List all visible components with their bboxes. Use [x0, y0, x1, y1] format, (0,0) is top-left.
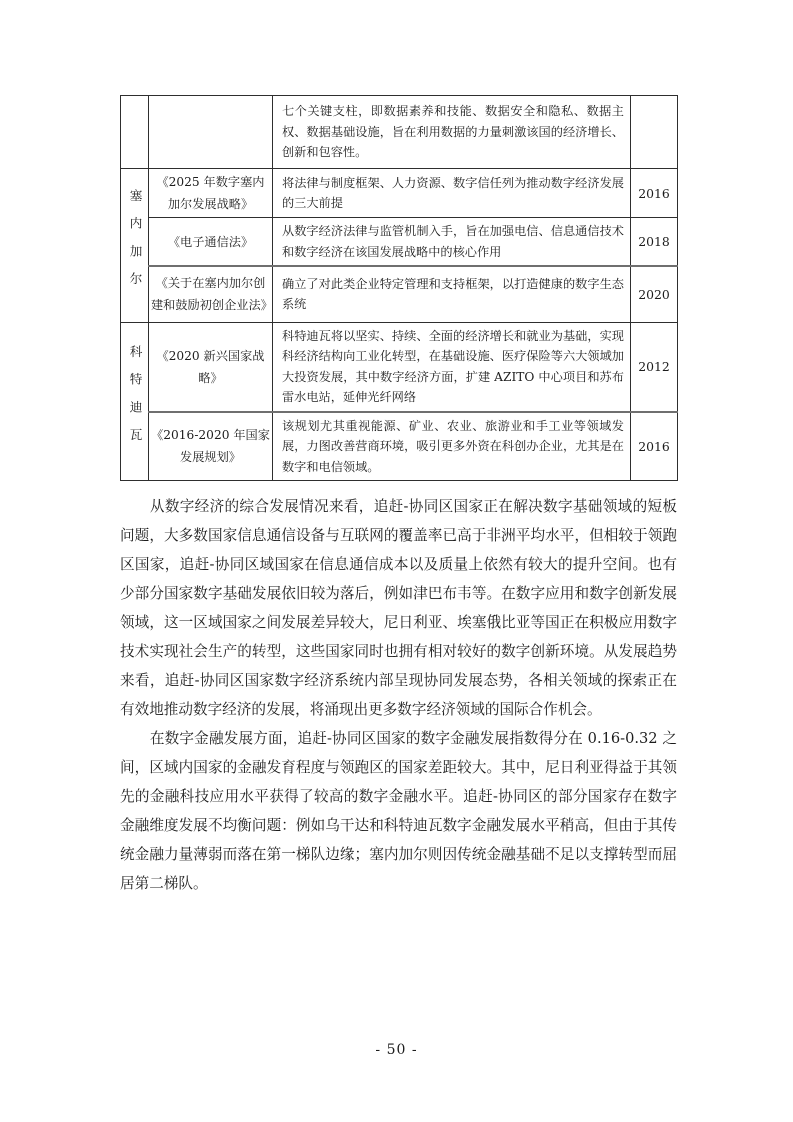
- country-cell-senegal: 塞内加尔: [121, 169, 149, 323]
- description-cell: 从数字经济法律与监管机制入手，旨在加强电信、信息通信技术和数字经济在该国发展战略…: [273, 218, 631, 267]
- country-cell-cote-divoire: 科特迪瓦: [121, 322, 149, 481]
- table-row: 《关于在塞内加尔创建和鼓励初创企业法》 确立了对此类企业特定管理和支持框架，以打…: [121, 266, 678, 322]
- policy-cell-empty: [149, 96, 273, 169]
- description-cell: 科特迪瓦将以坚实、持续、全面的经济增长和就业为基础，实现科经济结构向工业化转型，…: [273, 322, 631, 412]
- policy-table: 七个关键支柱，即数据素养和技能、数据安全和隐私、数据主权、数据基础设施，旨在利用…: [120, 95, 678, 481]
- table-row: 科特迪瓦 《2020 新兴国家战略》 科特迪瓦将以坚实、持续、全面的经济增长和就…: [121, 322, 678, 412]
- year-cell: 2018: [631, 218, 678, 267]
- paragraph-digital-economy-overview: 从数字经济的综合发展情况来看，追赶-协同区国家正在解决数字基础领域的短板问题，大…: [120, 492, 677, 724]
- table-row: 《电子通信法》 从数字经济法律与监管机制入手，旨在加强电信、信息通信技术和数字经…: [121, 218, 678, 267]
- page-number: - 50 -: [0, 1042, 793, 1058]
- document-page: 七个关键支柱，即数据素养和技能、数据安全和隐私、数据主权、数据基础设施，旨在利用…: [0, 0, 793, 1122]
- table-row: 七个关键支柱，即数据素养和技能、数据安全和隐私、数据主权、数据基础设施，旨在利用…: [121, 96, 678, 169]
- table-row: 《2016-2020 年国家发展规划》 该规划尤其重视能源、矿业、农业、旅游业和…: [121, 412, 678, 481]
- country-cell-empty: [121, 96, 149, 169]
- description-cell: 确立了对此类企业特定管理和支持框架，以打造健康的数字生态系统: [273, 266, 631, 322]
- policy-cell: 《2025 年数字塞内加尔发展战略》: [149, 169, 273, 218]
- year-cell: 2012: [631, 322, 678, 412]
- body-text: 从数字经济的综合发展情况来看，追赶-协同区国家正在解决数字基础领域的短板问题，大…: [120, 492, 677, 898]
- description-cell: 七个关键支柱，即数据素养和技能、数据安全和隐私、数据主权、数据基础设施，旨在利用…: [273, 96, 631, 169]
- table-row: 塞内加尔 《2025 年数字塞内加尔发展战略》 将法律与制度框架、人力资源、数字…: [121, 169, 678, 218]
- country-label-vertical: 科特迪瓦: [122, 345, 148, 455]
- year-cell-empty: [631, 96, 678, 169]
- country-label-vertical: 塞内加尔: [122, 189, 148, 299]
- description-cell: 将法律与制度框架、人力资源、数字信任列为推动数字经济发展的三大前提: [273, 169, 631, 218]
- policy-cell: 《2020 新兴国家战略》: [149, 322, 273, 412]
- paragraph-digital-finance: 在数字金融发展方面，追赶-协同区国家的数字金融发展指数得分在 0.16-0.32…: [120, 724, 677, 898]
- year-cell: 2020: [631, 266, 678, 322]
- year-cell: 2016: [631, 412, 678, 481]
- description-cell: 该规划尤其重视能源、矿业、农业、旅游业和手工业等领域发展，力图改善营商环境，吸引…: [273, 412, 631, 481]
- policy-cell: 《2016-2020 年国家发展规划》: [149, 412, 273, 481]
- policy-cell: 《关于在塞内加尔创建和鼓励初创企业法》: [149, 266, 273, 322]
- year-cell: 2016: [631, 169, 678, 218]
- policy-cell: 《电子通信法》: [149, 218, 273, 267]
